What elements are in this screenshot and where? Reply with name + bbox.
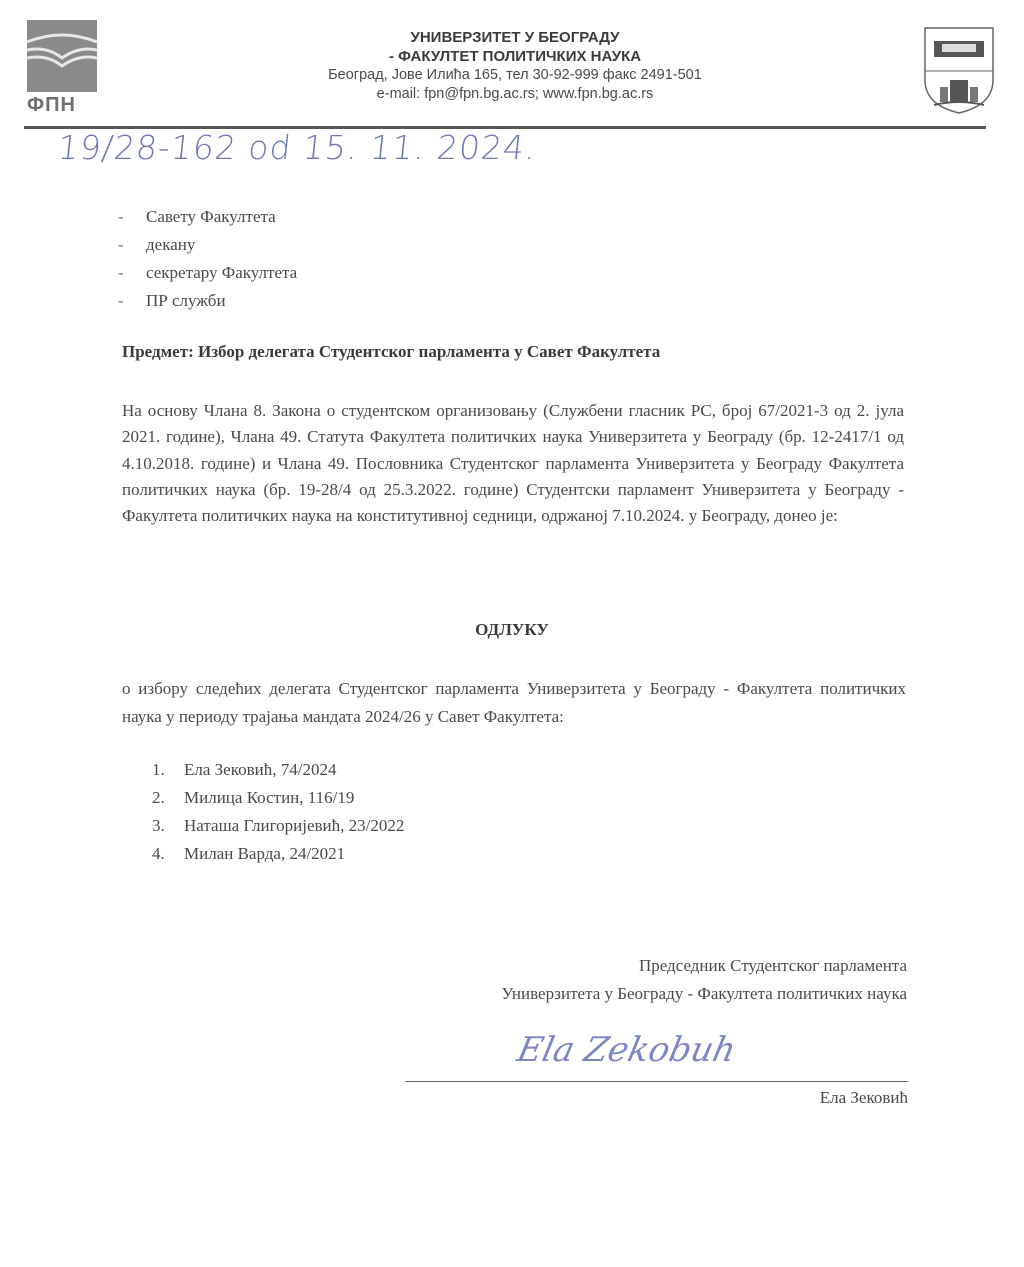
signatory-title: Председник Студентског парламента Универ…: [501, 952, 907, 1008]
recipients-list: -Савету Факултета -декану -секретару Фак…: [118, 203, 297, 315]
delegate-entry: Наташа Глигоријевић, 23/2022: [184, 812, 404, 840]
institution-name: УНИВЕРЗИТЕТ У БЕОГРАДУ: [250, 28, 780, 47]
faculty-logo: ФПН: [27, 20, 99, 117]
delegates-list: 1.Ела Зековић, 74/2024 2.Милица Костин, …: [152, 756, 404, 868]
list-item: 1.Ела Зековић, 74/2024: [152, 756, 404, 784]
signature-line: [405, 1081, 908, 1082]
handwritten-signature: Ela Zekobuh: [514, 1030, 740, 1070]
body-paragraph: На основу Члана 8. Закона о студентском …: [122, 398, 904, 529]
list-item: -секретару Факултета: [118, 259, 297, 287]
logo-wave-icon: [27, 20, 97, 92]
faculty-name: - ФАКУЛТЕТ ПОЛИТИЧКИХ НАУКА: [250, 47, 780, 66]
delegate-entry: Милица Костин, 116/19: [184, 784, 354, 812]
recipient-label: секретару Факултета: [146, 259, 297, 287]
delegate-entry: Милан Варда, 24/2021: [184, 840, 345, 868]
decision-text: о избору следећих делегата Студентског п…: [122, 675, 906, 731]
recipient-label: декану: [146, 231, 195, 259]
recipient-label: Савету Факултета: [146, 203, 276, 231]
list-item: -Савету Факултета: [118, 203, 297, 231]
address-line: Београд, Јове Илића 165, тел 30-92-999 ф…: [250, 66, 780, 85]
logo-text: ФПН: [27, 94, 99, 117]
handwritten-reference-number: 19/28-162 od 15. 11. 2024.: [56, 128, 539, 167]
list-item: 2.Милица Костин, 116/19: [152, 784, 404, 812]
list-item: 3.Наташа Глигоријевић, 23/2022: [152, 812, 404, 840]
list-item: 4.Милан Варда, 24/2021: [152, 840, 404, 868]
letterhead: УНИВЕРЗИТЕТ У БЕОГРАДУ - ФАКУЛТЕТ ПОЛИТИ…: [250, 28, 780, 104]
list-item: -ПР служби: [118, 287, 297, 315]
decision-title: ОДЛУКУ: [0, 620, 1024, 640]
coat-of-arms-icon: [922, 25, 996, 115]
delegate-entry: Ела Зековић, 74/2024: [184, 756, 336, 784]
list-item: -декану: [118, 231, 297, 259]
subject-line: Предмет: Избор делегата Студентског парл…: [122, 342, 660, 362]
contact-line: e-mail: fpn@fpn.bg.ac.rs; www.fpn.bg.ac.…: [250, 85, 780, 104]
recipient-label: ПР служби: [146, 287, 226, 315]
signatory-name: Ела Зековић: [820, 1088, 908, 1108]
